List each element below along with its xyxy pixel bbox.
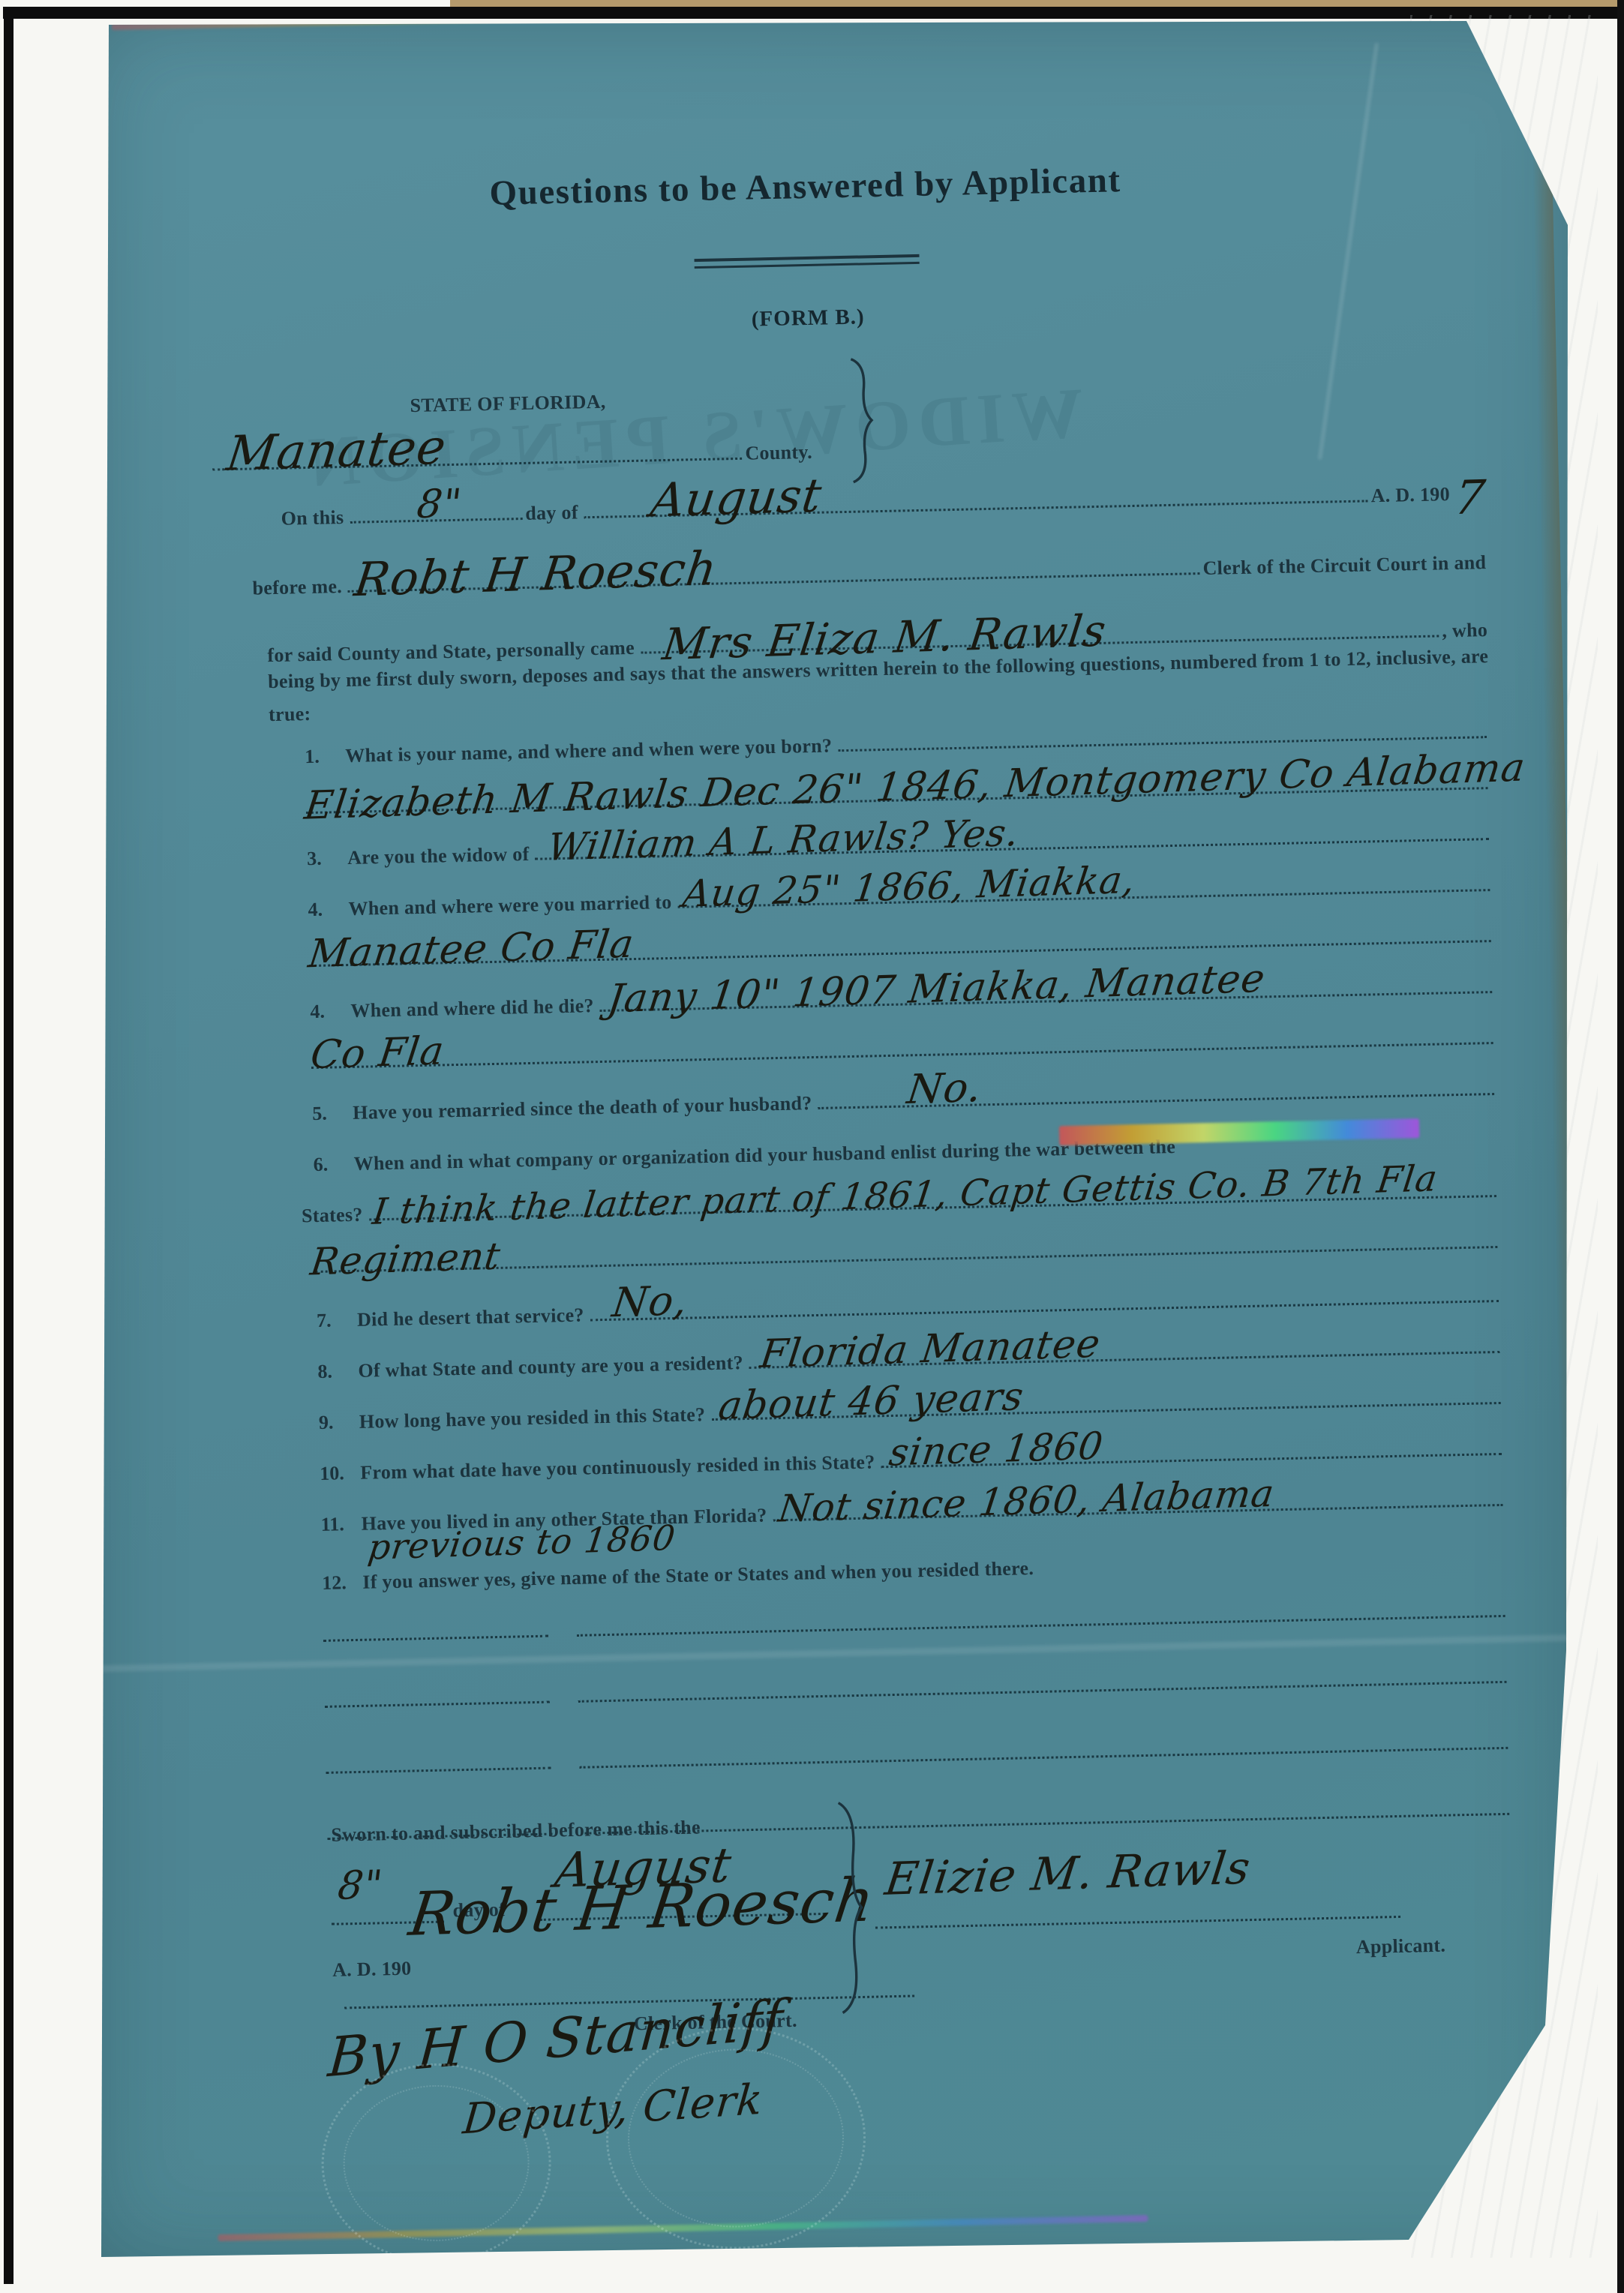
answer-handwriting: William A L Rawls? Yes. (546, 816, 1022, 865)
question-number: 8. (317, 1360, 359, 1383)
scan-rainbow-artifact (1059, 1118, 1419, 1145)
question-number: 7. (317, 1309, 358, 1332)
question-number: 10. (320, 1462, 361, 1485)
question-number: 1. (305, 745, 346, 768)
scanner-top-black-edge (3, 7, 1624, 19)
title-double-rule (695, 254, 920, 269)
applicant-signature-blank (875, 1916, 1400, 1929)
before-me-label: before me. (252, 575, 342, 599)
answer-handwriting: No. (905, 1070, 984, 1109)
clerk-signature-handwriting: Robt H Roesch (407, 1873, 878, 1942)
question-number: 5. (312, 1102, 353, 1125)
answer-handwriting: Not since 1860, Alabama (776, 1477, 1277, 1526)
blank-line (326, 1715, 1511, 1779)
applicant-label: Applicant. (1356, 1934, 1446, 1958)
question-number: 9. (319, 1411, 360, 1434)
question-text: States? (302, 1204, 363, 1228)
form-label: (FORM B.) (290, 296, 1325, 342)
question-text: When and where did he die? (350, 995, 594, 1022)
month-handwriting: August (649, 475, 824, 522)
answer-blank: Florida Manatee (749, 1351, 1499, 1369)
paper-crease (1319, 43, 1379, 459)
answer-handwriting: No, (610, 1283, 689, 1322)
question-text: Are you the widow of (347, 843, 530, 869)
question-text: Have you remarried since the death of yo… (353, 1092, 812, 1124)
before-me-row: before me. Robt H Roesch Clerk of the Ci… (301, 535, 1487, 599)
day-handwriting: 8" (415, 487, 464, 524)
answer-blank: Not since 1860, Alabama (773, 1504, 1503, 1521)
answer-handwriting: Co Fla (309, 1034, 446, 1074)
footer-day-value: 8" (336, 1868, 385, 1904)
applicant-signature-handwriting: Elizie M. Rawls (883, 1847, 1253, 1899)
answer-handwriting: Regiment (308, 1239, 503, 1279)
day-blank: 8" (350, 518, 522, 524)
answer-handwriting: about 46 years (716, 1379, 1025, 1424)
footer-brace (836, 1801, 867, 2015)
clerk-title-label: Clerk of the Circuit Court in and (1202, 551, 1486, 580)
year-digit-handwriting: 7 (1451, 476, 1487, 519)
answer-handwriting: Jany 10" 1907 Miakka, Manatee (606, 962, 1268, 1017)
county-label: County. (745, 441, 812, 465)
question-number: 6. (313, 1153, 354, 1176)
document-page: WIDOW'S PENSION Questions to be Answered… (89, 18, 1575, 2265)
answer-handwriting: since 1860 (887, 1430, 1106, 1470)
answer-blank: No, (590, 1300, 1499, 1321)
answer-blank: No. (818, 1093, 1494, 1109)
on-this-label: On this (281, 506, 344, 530)
county-handwriting: Manatee (224, 427, 449, 477)
question-number: 11. (320, 1513, 362, 1536)
answer-blank: I think the latter part of 1861, Capt Ge… (369, 1195, 1496, 1220)
scanner-left-black-edge (4, 7, 14, 2284)
scanned-document-screenshot: { "title": "Questions to be Answered by … (0, 0, 1624, 2293)
scanner-right-black-edge (1617, 0, 1624, 2293)
answer-blank: Regiment (316, 1246, 1498, 1273)
question-text: Of what State and county are you a resid… (358, 1352, 743, 1382)
footer-ad-label: A. D. 190 (332, 1958, 412, 1982)
answer-blank: Aug 25" 1866, Miakka, (678, 889, 1490, 908)
question-text: What is your name, and where and when we… (345, 734, 833, 767)
blank-line (323, 1583, 1508, 1647)
header-brace (848, 357, 876, 484)
clerk-name-handwriting: Robt H Roesch (353, 548, 720, 601)
question-text: Did he desert that service? (357, 1304, 584, 1331)
month-blank: August (584, 500, 1368, 518)
answer-blank: Jany 10" 1907 Miakka, Manatee (600, 991, 1492, 1012)
question-number: 4. (310, 1000, 351, 1023)
ad-label: A. D. 190 (1370, 483, 1450, 507)
answer-handwriting: Aug 25" 1866, Miakka, (681, 863, 1137, 911)
question-text: When and where were you married to (348, 891, 672, 920)
question-text: How long have you resided in this State? (359, 1403, 706, 1433)
answer-blank: William A L Rawls? Yes. (536, 838, 1489, 860)
applicant-signature: Elizie M. Rawls (885, 1850, 1250, 1898)
clerk-signature: Robt H Roesch (410, 1876, 875, 1940)
page-content: WIDOW'S PENSION Questions to be Answered… (67, 0, 1600, 2270)
answer-blank: since 1860 (881, 1453, 1502, 1468)
page-title: Questions to be Answered by Applicant (287, 156, 1323, 218)
question-number: 3. (307, 847, 348, 870)
question-text: If you answer yes, give name of the Stat… (362, 1557, 1034, 1594)
question-text: From what date have you continuously res… (360, 1451, 875, 1484)
question-number: 12. (322, 1571, 363, 1595)
day-of-label: day of (525, 501, 578, 524)
footer-day-handwriting: 8" (338, 1868, 383, 1904)
answer-blank: about 46 years (711, 1402, 1500, 1421)
who-label: , who (1442, 619, 1487, 642)
answer-handwriting: Manatee Co Fla (307, 927, 636, 973)
question-number: 4. (308, 898, 349, 921)
state-line: STATE OF FLORIDA, (410, 391, 606, 417)
answer-handwriting: Florida Manatee (758, 1327, 1103, 1373)
clerk-name-blank: Robt H Roesch (348, 572, 1200, 593)
